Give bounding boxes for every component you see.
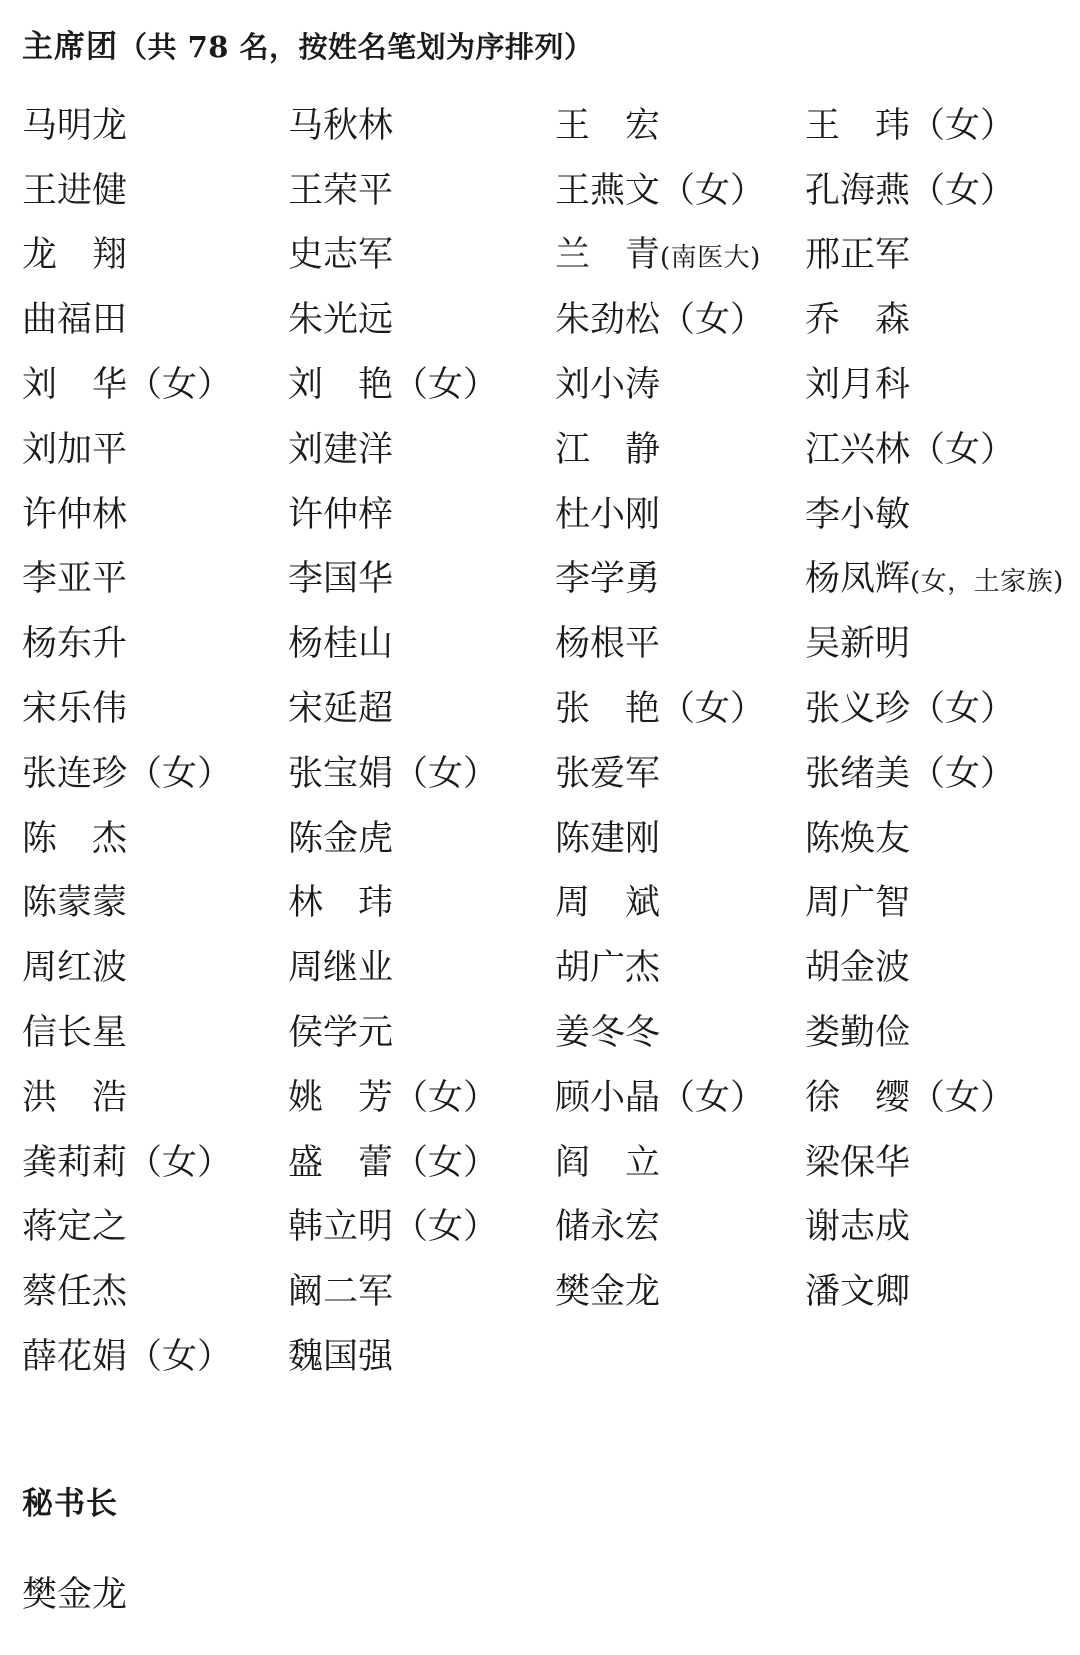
person-name: 信长星 [22, 1013, 127, 1053]
person-name: 江 静 [555, 430, 660, 470]
name-cell: 谢志成 [805, 1210, 1080, 1245]
person-name: 潘文卿 [805, 1272, 910, 1312]
person-name: 周继业 [288, 948, 393, 988]
person-name: 梁保华 [805, 1143, 910, 1183]
name-cell: 马明龙 [22, 109, 288, 144]
name-row: 马明龙马秋林王 宏王 玮（女） [22, 94, 1080, 159]
person-name: 朱光远 [288, 300, 393, 340]
name-cell: 刘建洋 [288, 433, 555, 468]
name-cell: 张绪美（女） [805, 757, 1080, 792]
presidium-grid: 马明龙马秋林王 宏王 玮（女）王进健王荣平王燕文（女）孔海燕（女）龙 翔史志军兰… [22, 94, 1080, 1390]
name-cell: 信长星 [22, 1016, 288, 1051]
person-name: 娄勤俭 [805, 1013, 910, 1053]
name-row: 刘加平刘建洋江 静江兴林（女） [22, 418, 1080, 483]
person-name: 阎 立 [555, 1143, 660, 1183]
person-note: （女） [660, 300, 765, 340]
person-note: （女） [393, 365, 498, 405]
person-name: 杨东升 [22, 624, 127, 664]
person-name: 陈金虎 [288, 819, 393, 859]
person-name: 李小敏 [805, 495, 910, 535]
person-note: （女） [127, 754, 232, 794]
person-name: 兰 青 [555, 235, 660, 275]
name-cell: 蔡任杰 [22, 1275, 288, 1310]
name-cell: 王 玮（女） [805, 109, 1080, 144]
person-name: 周 斌 [555, 883, 660, 923]
person-name: 曲福田 [22, 300, 127, 340]
person-name: 胡金波 [805, 948, 910, 988]
name-cell: 蒋定之 [22, 1210, 288, 1245]
name-cell: 王燕文（女） [555, 174, 805, 209]
person-name: 刘月科 [805, 365, 910, 405]
name-cell: 徐 缨（女） [805, 1081, 1080, 1116]
document-page: 主席团（共 78 名，按姓名笔划为序排列） 马明龙马秋林王 宏王 玮（女）王进健… [0, 0, 1080, 1616]
presidium-title-text: 主席团 [22, 29, 118, 65]
name-cell: 薛花娟（女） [22, 1340, 288, 1375]
person-note: (女，土家族) [910, 567, 1064, 597]
name-cell: 周继业 [288, 951, 555, 986]
person-name: 姚 芳 [288, 1078, 393, 1118]
name-row: 张连珍（女）张宝娟（女）张爱军张绪美（女） [22, 742, 1080, 807]
person-note: （女） [910, 689, 1015, 729]
person-name: 阚二军 [288, 1272, 393, 1312]
person-note: （女） [910, 754, 1015, 794]
name-cell: 马秋林 [288, 109, 555, 144]
name-cell: 张宝娟（女） [288, 757, 555, 792]
name-cell: 梁保华 [805, 1146, 1080, 1181]
person-name: 张绪美 [805, 754, 910, 794]
name-cell: 李学勇 [555, 562, 805, 597]
person-note: （女） [910, 106, 1015, 146]
name-cell: 林 玮 [288, 886, 555, 921]
person-name: 陈 杰 [22, 819, 127, 859]
person-name: 刘加平 [22, 430, 127, 470]
name-cell: 刘小涛 [555, 368, 805, 403]
person-name: 徐 缨 [805, 1078, 910, 1118]
person-name: 龙 翔 [22, 235, 127, 275]
person-name: 侯学元 [288, 1013, 393, 1053]
person-name: 杨根平 [555, 624, 660, 664]
person-name: 洪 浩 [22, 1078, 127, 1118]
person-name: 乔 森 [805, 300, 910, 340]
person-name: 龚莉莉 [22, 1143, 127, 1183]
name-row: 杨东升杨桂山杨根平吴新明 [22, 612, 1080, 677]
person-note: （女） [910, 171, 1015, 211]
person-name: 吴新明 [805, 624, 910, 664]
person-name: 许仲梓 [288, 495, 393, 535]
name-cell: 张爱军 [555, 757, 805, 792]
name-cell: 胡广杰 [555, 951, 805, 986]
name-cell: 陈 杰 [22, 822, 288, 857]
name-cell: 洪 浩 [22, 1081, 288, 1116]
person-name: 马秋林 [288, 106, 393, 146]
person-name: 盛 蕾 [288, 1143, 393, 1183]
name-cell: 胡金波 [805, 951, 1080, 986]
person-name: 杨凤辉 [805, 559, 910, 599]
name-cell: 刘月科 [805, 368, 1080, 403]
name-cell: 王荣平 [288, 174, 555, 209]
person-name: 邢正军 [805, 235, 910, 275]
person-name: 刘小涛 [555, 365, 660, 405]
name-cell: 阚二军 [288, 1275, 555, 1310]
name-cell: 许仲林 [22, 498, 288, 533]
name-row: 刘 华（女）刘 艳（女）刘小涛刘月科 [22, 353, 1080, 418]
name-cell: 杜小刚 [555, 498, 805, 533]
person-name: 史志军 [288, 235, 393, 275]
person-name: 陈蒙蒙 [22, 883, 127, 923]
person-name: 杨桂山 [288, 624, 393, 664]
name-cell: 侯学元 [288, 1016, 555, 1051]
person-name: 宋乐伟 [22, 689, 127, 729]
person-name: 朱劲松 [555, 300, 660, 340]
person-note: （女） [127, 365, 232, 405]
name-cell: 邢正军 [805, 238, 1080, 273]
person-name: 王荣平 [288, 171, 393, 211]
person-note: （女） [127, 1143, 232, 1183]
name-cell: 兰 青(南医大) [555, 238, 805, 273]
person-note: （女） [910, 1078, 1015, 1118]
name-cell: 吴新明 [805, 627, 1080, 662]
name-cell: 周红波 [22, 951, 288, 986]
name-cell: 朱劲松（女） [555, 303, 805, 338]
secretary-general-heading: 秘书长 [22, 1484, 1080, 1524]
name-cell: 刘 艳（女） [288, 368, 555, 403]
name-cell: 李国华 [288, 562, 555, 597]
person-name: 张义珍 [805, 689, 910, 729]
name-cell: 陈蒙蒙 [22, 886, 288, 921]
person-note: （女） [660, 689, 765, 729]
name-row: 宋乐伟宋延超张 艳（女）张义珍（女） [22, 677, 1080, 742]
person-note: (南医大) [660, 243, 761, 273]
name-row: 信长星侯学元姜冬冬娄勤俭 [22, 1001, 1080, 1066]
person-name: 张连珍 [22, 754, 127, 794]
name-cell: 储永宏 [555, 1210, 805, 1245]
person-name: 谢志成 [805, 1207, 910, 1247]
person-name: 林 玮 [288, 883, 393, 923]
name-row: 龚莉莉（女）盛 蕾（女）阎 立梁保华 [22, 1131, 1080, 1196]
person-note: （女） [660, 1078, 765, 1118]
name-cell: 周 斌 [555, 886, 805, 921]
person-name: 马明龙 [22, 106, 127, 146]
name-cell: 魏国强 [288, 1340, 555, 1375]
person-name: 王燕文 [555, 171, 660, 211]
name-cell: 杨凤辉(女，土家族) [805, 562, 1080, 597]
person-name: 张宝娟 [288, 754, 393, 794]
name-row: 王进健王荣平王燕文（女）孔海燕（女） [22, 159, 1080, 224]
person-name: 王 宏 [555, 106, 660, 146]
person-name: 魏国强 [288, 1337, 393, 1377]
name-row: 薛花娟（女）魏国强 [22, 1325, 1080, 1390]
person-note: （女） [660, 171, 765, 211]
name-row: 陈蒙蒙林 玮周 斌周广智 [22, 872, 1080, 937]
name-cell: 盛 蕾（女） [288, 1146, 555, 1181]
name-cell: 宋延超 [288, 692, 555, 727]
name-cell: 江兴林（女） [805, 433, 1080, 468]
name-cell: 王 宏 [555, 109, 805, 144]
name-cell: 张 艳（女） [555, 692, 805, 727]
person-name: 张爱军 [555, 754, 660, 794]
person-name: 杜小刚 [555, 495, 660, 535]
person-name: 张 艳 [555, 689, 660, 729]
person-name: 孔海燕 [805, 171, 910, 211]
name-cell: 杨桂山 [288, 627, 555, 662]
name-cell: 韩立明（女） [288, 1210, 555, 1245]
person-name: 李学勇 [555, 559, 660, 599]
name-cell: 姜冬冬 [555, 1016, 805, 1051]
person-note: （女） [393, 1078, 498, 1118]
person-name: 李亚平 [22, 559, 127, 599]
name-cell: 许仲梓 [288, 498, 555, 533]
name-cell: 姚 芳（女） [288, 1081, 555, 1116]
name-row: 陈 杰陈金虎陈建刚陈焕友 [22, 807, 1080, 872]
name-cell: 乔 森 [805, 303, 1080, 338]
name-cell: 李亚平 [22, 562, 288, 597]
name-cell: 王进健 [22, 174, 288, 209]
name-row: 龙 翔史志军兰 青(南医大)邢正军 [22, 224, 1080, 289]
name-cell: 周广智 [805, 886, 1080, 921]
name-cell: 刘加平 [22, 433, 288, 468]
name-cell: 阎 立 [555, 1146, 805, 1181]
person-name: 宋延超 [288, 689, 393, 729]
name-row: 曲福田朱光远朱劲松（女）乔 森 [22, 288, 1080, 353]
person-note: （女） [393, 1143, 498, 1183]
person-note: （女） [910, 430, 1015, 470]
name-cell: 陈焕友 [805, 822, 1080, 857]
name-cell: 杨东升 [22, 627, 288, 662]
name-row: 洪 浩姚 芳（女）顾小晶（女）徐 缨（女） [22, 1066, 1080, 1131]
name-cell: 刘 华（女） [22, 368, 288, 403]
name-cell: 孔海燕（女） [805, 174, 1080, 209]
name-cell: 张义珍（女） [805, 692, 1080, 727]
person-name: 许仲林 [22, 495, 127, 535]
name-row: 蔡任杰阚二军樊金龙潘文卿 [22, 1260, 1080, 1325]
name-cell: 宋乐伟 [22, 692, 288, 727]
name-cell: 潘文卿 [805, 1275, 1080, 1310]
person-name: 薛花娟 [22, 1337, 127, 1377]
presidium-title-note: （共 78 名，按姓名笔划为序排列） [118, 30, 594, 64]
person-name: 蒋定之 [22, 1207, 127, 1247]
name-cell: 朱光远 [288, 303, 555, 338]
person-name: 樊金龙 [555, 1272, 660, 1312]
person-note: （女） [393, 754, 498, 794]
person-name: 胡广杰 [555, 948, 660, 988]
name-row: 蒋定之韩立明（女）储永宏谢志成 [22, 1196, 1080, 1261]
person-name: 陈焕友 [805, 819, 910, 859]
secretary-general-name: 樊金龙 [22, 1574, 1080, 1616]
person-note: （女） [393, 1207, 498, 1247]
person-name: 周红波 [22, 948, 127, 988]
name-cell: 杨根平 [555, 627, 805, 662]
name-row: 许仲林许仲梓杜小刚李小敏 [22, 483, 1080, 548]
name-cell: 曲福田 [22, 303, 288, 338]
name-row: 周红波周继业胡广杰胡金波 [22, 936, 1080, 1001]
name-cell: 龙 翔 [22, 238, 288, 273]
name-cell: 史志军 [288, 238, 555, 273]
name-cell: 娄勤俭 [805, 1016, 1080, 1051]
person-name: 陈建刚 [555, 819, 660, 859]
person-name: 刘建洋 [288, 430, 393, 470]
name-cell: 顾小晶（女） [555, 1081, 805, 1116]
person-name: 储永宏 [555, 1207, 660, 1247]
name-cell: 李小敏 [805, 498, 1080, 533]
person-name: 韩立明 [288, 1207, 393, 1247]
person-name: 王进健 [22, 171, 127, 211]
presidium-title: 主席团（共 78 名，按姓名笔划为序排列） [22, 26, 1080, 68]
person-name: 王 玮 [805, 106, 910, 146]
person-name: 姜冬冬 [555, 1013, 660, 1053]
name-cell: 樊金龙 [555, 1275, 805, 1310]
person-name: 周广智 [805, 883, 910, 923]
person-name: 刘 华 [22, 365, 127, 405]
person-name: 蔡任杰 [22, 1272, 127, 1312]
name-cell: 江 静 [555, 433, 805, 468]
name-cell: 陈金虎 [288, 822, 555, 857]
person-name: 顾小晶 [555, 1078, 660, 1118]
person-note: （女） [127, 1337, 232, 1377]
name-row: 李亚平李国华李学勇杨凤辉(女，土家族) [22, 548, 1080, 613]
name-cell: 张连珍（女） [22, 757, 288, 792]
person-name: 李国华 [288, 559, 393, 599]
person-name: 刘 艳 [288, 365, 393, 405]
name-cell: 龚莉莉（女） [22, 1146, 288, 1181]
name-cell: 陈建刚 [555, 822, 805, 857]
person-name: 江兴林 [805, 430, 910, 470]
